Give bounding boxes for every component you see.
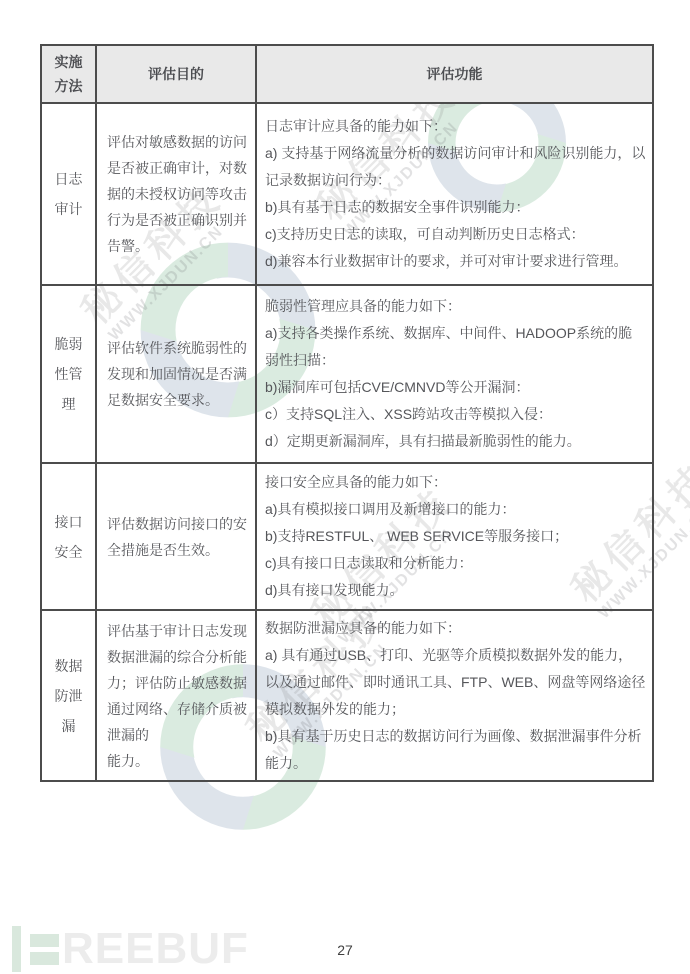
function-item: a)具有模拟接口调用及新增接口的能力： bbox=[265, 496, 646, 523]
table-row: 脆弱性管理 评估软件系统脆弱性的发现和加固情况是否满足数据安全要求。 脆弱性管理… bbox=[41, 285, 653, 463]
function-item: 日志审计应具备的能力如下： bbox=[265, 113, 646, 140]
document-page: 秘信科技 WWW.XJDUN.CN 秘信科技 WWW.XJDUN.CN 秘信科技… bbox=[0, 0, 690, 974]
functions-cell: 日志审计应具备的能力如下： a) 支持基于网络流量分析的数据访问审计和风险识别能… bbox=[256, 103, 653, 285]
method-cell: 日志审计 bbox=[41, 103, 96, 285]
functions-cell: 数据防泄漏应具备的能力如下： a) 具有通过USB、打印、光驱等介质模拟数据外发… bbox=[256, 610, 653, 781]
purpose-cell: 评估基于审计日志发现数据泄漏的综合分析能力；评估防止敏感数据通过网络、存储介质被… bbox=[96, 610, 256, 781]
function-item: b)漏洞库可包括CVE/CMNVD等公开漏洞： bbox=[265, 374, 646, 401]
method-cell: 数据防泄漏 bbox=[41, 610, 96, 781]
header-purpose: 评估目的 bbox=[96, 45, 256, 103]
table-row: 日志审计 评估对敏感数据的访问是否被正确审计，对数据的未授权访问等攻击行为是否被… bbox=[41, 103, 653, 285]
table-header-row: 实施方法 评估目的 评估功能 bbox=[41, 45, 653, 103]
function-item: d)兼容本行业数据审计的要求，并可对审计要求进行管理。 bbox=[265, 248, 646, 275]
page-number: 27 bbox=[0, 942, 690, 958]
function-item: 接口安全应具备的能力如下： bbox=[265, 469, 646, 496]
function-item: b)具有基于日志的数据安全事件识别能力： bbox=[265, 194, 646, 221]
purpose-cell: 评估对敏感数据的访问是否被正确审计，对数据的未授权访问等攻击行为是否被正确识别并… bbox=[96, 103, 256, 285]
assessment-table: 实施方法 评估目的 评估功能 日志审计 评估对敏感数据的访问是否被正确审计，对数… bbox=[40, 44, 654, 782]
function-item: d）定期更新漏洞库，具有扫描最新脆弱性的能力。 bbox=[265, 428, 646, 455]
method-cell: 脆弱性管理 bbox=[41, 285, 96, 463]
function-item: d)具有接口发现能力。 bbox=[265, 577, 646, 604]
table-row: 数据防泄漏 评估基于审计日志发现数据泄漏的综合分析能力；评估防止敏感数据通过网络… bbox=[41, 610, 653, 781]
functions-cell: 脆弱性管理应具备的能力如下： a)支持各类操作系统、数据库、中间件、HADOOP… bbox=[256, 285, 653, 463]
function-item: c)支持历史日志的读取，可自动判断历史日志格式： bbox=[265, 221, 646, 248]
header-method: 实施方法 bbox=[41, 45, 96, 103]
function-item: c)具有接口日志读取和分析能力： bbox=[265, 550, 646, 577]
function-item: a)支持各类操作系统、数据库、中间件、HADOOP系统的脆弱性扫描： bbox=[265, 320, 646, 374]
method-cell: 接口安全 bbox=[41, 463, 96, 610]
function-item: 数据防泄漏应具备的能力如下： bbox=[265, 615, 646, 642]
purpose-cell: 评估软件系统脆弱性的发现和加固情况是否满足数据安全要求。 bbox=[96, 285, 256, 463]
function-item: c）支持SQL注入、XSS跨站攻击等模拟入侵： bbox=[265, 401, 646, 428]
function-item: b)具有基于历史日志的数据访问行为画像、数据泄漏事件分析能力。 bbox=[265, 723, 646, 777]
purpose-cell: 评估数据访问接口的安全措施是否生效。 bbox=[96, 463, 256, 610]
table-row: 接口安全 评估数据访问接口的安全措施是否生效。 接口安全应具备的能力如下： a)… bbox=[41, 463, 653, 610]
header-functions: 评估功能 bbox=[256, 45, 653, 103]
function-item: a) 具有通过USB、打印、光驱等介质模拟数据外发的能力，以及通过邮件、即时通讯… bbox=[265, 642, 646, 723]
function-item: a) 支持基于网络流量分析的数据访问审计和风险识别能力，以记录数据访问行为： bbox=[265, 140, 646, 194]
function-item: b)支持RESTFUL、 WEB SERVICE等服务接口； bbox=[265, 523, 646, 550]
function-item: 脆弱性管理应具备的能力如下： bbox=[265, 293, 646, 320]
functions-cell: 接口安全应具备的能力如下： a)具有模拟接口调用及新增接口的能力： b)支持RE… bbox=[256, 463, 653, 610]
